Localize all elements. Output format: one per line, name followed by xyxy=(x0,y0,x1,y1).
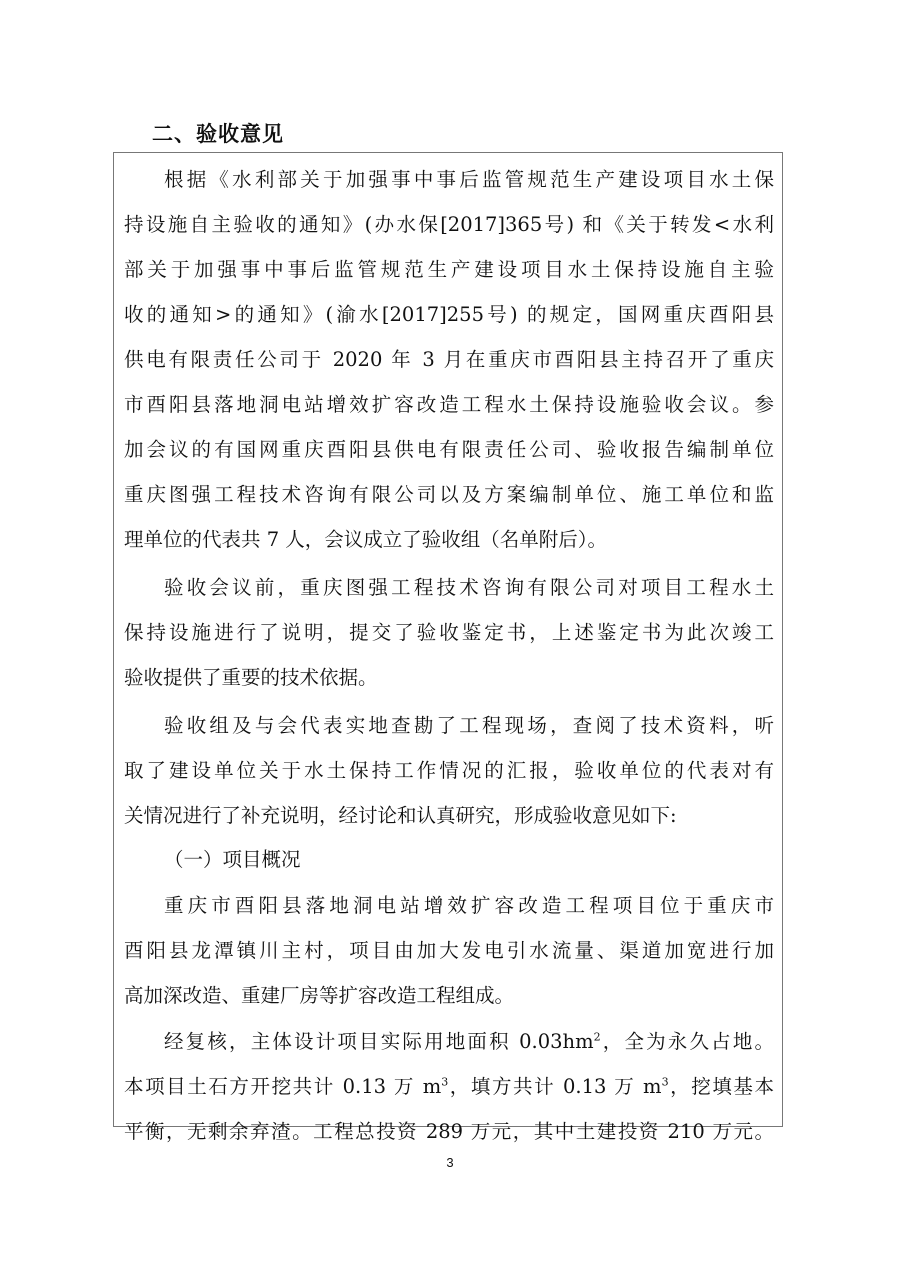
text-line: 酉阳县龙潭镇川主村，项目由加大发电引水流量、渠道加宽进行加 xyxy=(124,936,774,966)
text-line: 部关于加强事中事后监管规范生产建设项目水土保持设施自主验 xyxy=(124,255,774,285)
text-line: 取了建设单位关于水土保持工作情况的汇报，验收单位的代表对有 xyxy=(124,756,774,786)
text-line: 供电有限责任公司于 2020 年 3 月在重庆市酉阳县主持召开了重庆 xyxy=(124,345,774,375)
text-line: 本项目土石方开挖共计 0.13 万 m3，填方共计 0.13 万 m3，挖填基本 xyxy=(124,1072,774,1102)
text-line: 根据《水利部关于加强事中事后监管规范生产建设项目水土保 xyxy=(164,165,774,195)
text-line: 验收会议前，重庆图强工程技术咨询有限公司对项目工程水土 xyxy=(164,573,774,603)
text-line: 持设施自主验收的通知》(办水保[2017]365号) 和《关于转发<水利 xyxy=(124,210,774,240)
text-line: 保持设施进行了说明，提交了验收鉴定书，上述鉴定书为此次竣工 xyxy=(124,618,774,648)
text-line: 验收提供了重要的技术依据。 xyxy=(124,663,774,693)
text-line: 收的通知>的通知》(渝水[2017]255号) 的规定，国网重庆酉阳县 xyxy=(124,300,774,330)
text-line: 关情况进行了补充说明，经讨论和认真研究，形成验收意见如下: xyxy=(124,801,774,831)
text-line: 重庆图强工程技术咨询有限公司以及方案编制单位、施工单位和监 xyxy=(124,480,774,510)
subsection-heading: （一）项目概况 xyxy=(164,845,774,875)
text-line: 经复核，主体设计项目实际用地面积 0.03hm2，全为永久占地。 xyxy=(164,1027,774,1057)
text-line: 理单位的代表共 7 人，会议成立了验收组（名单附后）。 xyxy=(124,525,774,555)
text-line: 平衡，无剩余弃渣。工程总投资 289 万元，其中土建投资 210 万元。 xyxy=(124,1117,774,1147)
text-line: 加会议的有国网重庆酉阳县供电有限责任公司、验收报告编制单位 xyxy=(124,435,774,465)
text-line: 重庆市酉阳县落地洞电站增效扩容改造工程项目位于重庆市 xyxy=(164,891,774,921)
page-number: 3 xyxy=(0,1155,900,1170)
text-line: 高加深改造、重建厂房等扩容改造工程组成。 xyxy=(124,981,774,1011)
section-heading: 二、验收意见 xyxy=(152,118,284,148)
opinion-box: 根据《水利部关于加强事中事后监管规范生产建设项目水土保 持设施自主验收的通知》(… xyxy=(113,152,783,1127)
text-line: 市酉阳县落地洞电站增效扩容改造工程水土保持设施验收会议。参 xyxy=(124,390,774,420)
text-line: 验收组及与会代表实地查勘了工程现场，查阅了技术资料，听 xyxy=(164,711,774,741)
